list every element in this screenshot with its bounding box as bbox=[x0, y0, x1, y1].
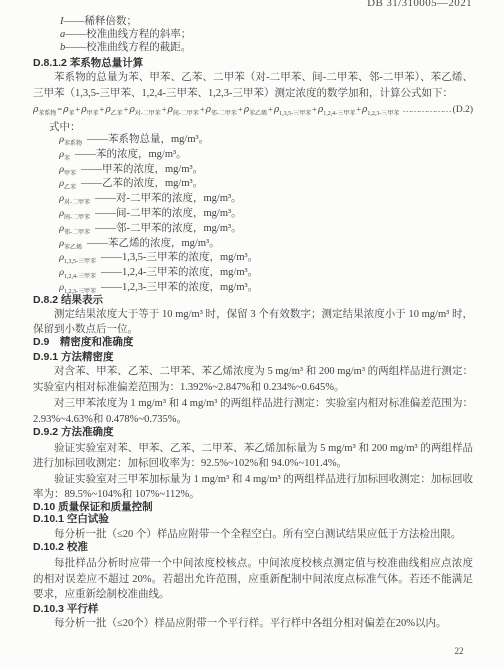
formula-operator: + bbox=[75, 104, 80, 114]
formula-d2: ρ苯系物 = ρ苯 + ρ甲苯 + ρ乙苯 + ρ对-二甲苯 + ρ间-二甲苯 … bbox=[33, 104, 473, 117]
definition-description: ——苯的浓度，mg/m³。 bbox=[75, 149, 187, 160]
definition-row: ρ1,3,5-三甲苯——1,3,5-三甲苯的浓度，mg/m³。 bbox=[33, 251, 473, 266]
formula-operator: + bbox=[238, 104, 243, 114]
definition-symbol-subscript: 苯乙烯 bbox=[64, 245, 82, 251]
section-heading-d9: D.9 精密度和准确度 bbox=[33, 336, 473, 349]
paragraph-d82: 测定结果浓度大于等于 10 mg/m³ 时，保留 3 个有效数字；测定结果浓度小… bbox=[33, 307, 473, 337]
definition-description: ——邻-二甲苯的浓度，mg/m³。 bbox=[95, 223, 242, 234]
definition-description: ——1,2,4-三甲苯的浓度，mg/m³。 bbox=[101, 267, 258, 278]
document-page: DB 31/310005—2021 I——稀释倍数； a——校准曲线方程的斜率；… bbox=[0, 0, 504, 668]
formula-operator: + bbox=[162, 104, 167, 114]
symbol-definitions: ρ苯系物——苯系物总量，mg/m³。 ρ苯——苯的浓度，mg/m³。 ρ甲苯——… bbox=[33, 133, 473, 296]
formula-term-subscript: 1,3,5-三甲苯 bbox=[279, 111, 311, 117]
paragraph-d91-2: 对三甲苯浓度为 1 mg/m³ 和 4 mg/m³ 的两组样品进行测定：实验室内… bbox=[33, 396, 473, 427]
definition-symbol-subscript: 对-二甲苯 bbox=[64, 200, 90, 206]
definition-row: ρ邻-二甲苯——邻-二甲苯的浓度，mg/m³。 bbox=[33, 222, 473, 237]
definition-row: ρ乙苯——乙苯的浓度，mg/m³。 bbox=[33, 177, 473, 192]
formula-term-subscript: 间-二甲苯 bbox=[173, 111, 199, 117]
section-heading-d82: D.8.2 结果表示 bbox=[33, 294, 473, 307]
formula-leader-dots: ……………… bbox=[399, 104, 450, 114]
formula-term-subscript: 1,2,3-三甲苯 bbox=[367, 111, 399, 117]
definition-row: ρ苯系物——苯系物总量，mg/m³。 bbox=[33, 133, 473, 148]
definition-symbol-subscript: 苯系物 bbox=[64, 141, 82, 147]
formula-term: ρ甲苯 bbox=[81, 104, 98, 117]
paragraph-d91-1: 对含苯、甲苯、乙苯、二甲苯、苯乙烯浓度为 5 mg/m³ 和 200 mg/m³… bbox=[33, 364, 473, 395]
definition-description: ——苯乙烯的浓度，mg/m³。 bbox=[87, 238, 220, 249]
definition-row: ρ苯——苯的浓度，mg/m³。 bbox=[33, 148, 473, 163]
paragraph-d103: 每分析一批（≤20个）样品应附带一个平行样。平行样中各组分相对偏差在20%以内。 bbox=[33, 616, 473, 631]
section-heading-d103: D.10.3 平行样 bbox=[33, 603, 473, 616]
definition-description: ——间-二甲苯的浓度，mg/m³。 bbox=[95, 208, 242, 219]
definition-description: ——甲苯的浓度，mg/m³。 bbox=[81, 164, 203, 175]
formula-term: ρ间-二甲苯 bbox=[168, 104, 199, 117]
definition-symbol-subscript: 1,2,4-三甲苯 bbox=[64, 274, 96, 280]
definition-description: ——1,3,5-三甲苯的浓度，mg/m³。 bbox=[101, 252, 258, 263]
formula-label: (D.2) bbox=[453, 105, 473, 115]
definition-symbol-subscript: 邻-二甲苯 bbox=[64, 230, 90, 236]
where-label: 式中： bbox=[33, 119, 489, 134]
definition-description: ——对-二甲苯的浓度，mg/m³。 bbox=[95, 193, 242, 204]
definition-row: ρ间-二甲苯——间-二甲苯的浓度，mg/m³。 bbox=[33, 207, 473, 222]
section-heading-d812: D.8.1.2 苯系物总量计算 bbox=[33, 57, 473, 70]
formula-operator: = bbox=[57, 104, 62, 114]
formula-term-subscript: 乙苯 bbox=[111, 111, 123, 117]
formula-term-subscript: 苯乙烯 bbox=[249, 111, 267, 117]
page-content: I——稀释倍数； a——校准曲线方程的斜率； b——校准曲线方程的截距。 D.8… bbox=[33, 0, 473, 668]
definition-row: ρ甲苯——甲苯的浓度，mg/m³。 bbox=[33, 163, 473, 178]
legend-line: I——稀释倍数； bbox=[33, 15, 473, 28]
definition-row: ρ苯乙烯——苯乙烯的浓度，mg/m³。 bbox=[33, 237, 473, 252]
formula-term-subscript: 邻-二甲苯 bbox=[211, 111, 237, 117]
section-heading-d102: D.10.2 校准 bbox=[33, 541, 473, 554]
legend-line: b——校准曲线方程的截距。 bbox=[33, 41, 473, 54]
definition-symbol-subscript: 间-二甲苯 bbox=[64, 215, 90, 221]
formula-term: ρ苯系物 bbox=[33, 104, 56, 117]
formula-operator: + bbox=[356, 104, 361, 114]
section-heading-d101: D.10.1 空白试验 bbox=[33, 513, 473, 526]
formula-term: ρ1,2,3-三甲苯 bbox=[362, 104, 399, 117]
formula-term: ρ对-二甲苯 bbox=[129, 104, 160, 117]
formula-term-subscript: 苯系物 bbox=[38, 111, 56, 117]
legend-line: a——校准曲线方程的斜率； bbox=[33, 28, 473, 41]
formula-operator: + bbox=[268, 104, 273, 114]
formula-term: ρ苯 bbox=[63, 104, 74, 117]
section-heading-d92: D.9.2 方法准确度 bbox=[33, 426, 473, 439]
formula-term-subscript: 1,2,4-三甲苯 bbox=[323, 111, 355, 117]
definition-description: ——1,2,3-三甲苯的浓度，mg/m³。 bbox=[101, 282, 258, 293]
paragraph-d92-2: 验证实验室对三甲苯加标量为 1 mg/m³ 和 4 mg/m³ 的两组样品进行加… bbox=[33, 472, 473, 502]
formula-term: ρ苯乙烯 bbox=[244, 104, 267, 117]
paragraph-d102: 每批样品分析时应带一个中间浓度校核点。中间浓度校核点测定值与校准曲线相应点浓度的… bbox=[33, 556, 473, 603]
section-heading-d91: D.9.1 方法精密度 bbox=[33, 351, 473, 364]
definition-description: ——苯系物总量，mg/m³。 bbox=[87, 134, 209, 145]
formula-operator: + bbox=[200, 104, 205, 114]
formula-term: ρ1,2,4-三甲苯 bbox=[318, 104, 355, 117]
symbol-legend: I——稀释倍数； a——校准曲线方程的斜率； b——校准曲线方程的截距。 bbox=[33, 15, 473, 54]
formula-term-subscript: 苯 bbox=[68, 111, 74, 117]
formula-operator: + bbox=[312, 104, 317, 114]
paragraph-d812: 苯系物的总量为苯、甲苯、乙苯、二甲苯（对-二甲苯、间-二甲苯、邻-二甲苯）、苯乙… bbox=[33, 70, 473, 102]
formula-term: ρ邻-二甲苯 bbox=[206, 104, 237, 117]
definition-description: ——乙苯的浓度，mg/m³。 bbox=[81, 178, 203, 189]
definition-symbol-subscript: 甲苯 bbox=[64, 171, 76, 177]
formula-term: ρ乙苯 bbox=[105, 104, 122, 117]
formula-term-subscript: 甲苯 bbox=[87, 111, 99, 117]
paragraph-d101: 每分析一批（≤20 个）样品应附带一个全程空白。所有空白测试结果应低于方法检出限… bbox=[33, 527, 473, 542]
definition-row: ρ对-二甲苯——对-二甲苯的浓度，mg/m³。 bbox=[33, 192, 473, 207]
formula-term-subscript: 对-二甲苯 bbox=[135, 111, 161, 117]
formula-term: ρ1,3,5-三甲苯 bbox=[274, 104, 311, 117]
definition-symbol-subscript: 1,3,5-三甲苯 bbox=[64, 259, 96, 265]
formula-operator: + bbox=[124, 104, 129, 114]
paragraph-d92-1: 验证实验室对苯、甲苯、乙苯、二甲苯、苯乙烯加标量为 5 mg/m³ 和 200 … bbox=[33, 441, 473, 471]
definition-symbol-subscript: 苯 bbox=[64, 156, 70, 162]
page-number: 22 bbox=[449, 646, 469, 656]
definition-row: ρ1,2,4-三甲苯——1,2,4-三甲苯的浓度，mg/m³。 bbox=[33, 266, 473, 281]
definition-symbol-subscript: 乙苯 bbox=[64, 185, 76, 191]
formula-operator: + bbox=[100, 104, 105, 114]
